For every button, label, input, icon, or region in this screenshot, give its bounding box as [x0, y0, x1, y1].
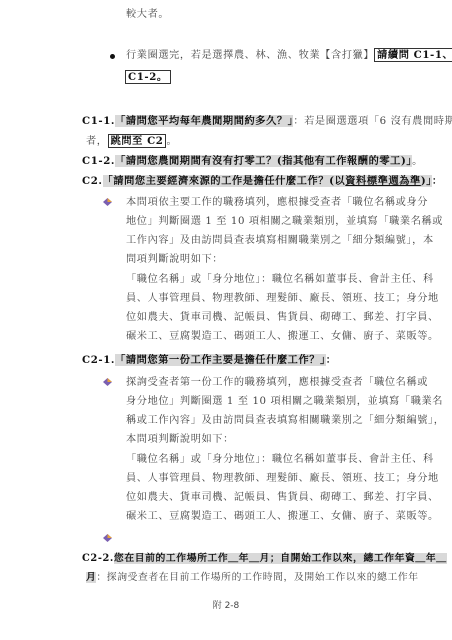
question-text: 「請問您農閒期間有沒有打零工？(指其他有工作報酬的零工)」	[115, 155, 412, 167]
diamond-bullet-icon	[103, 198, 112, 206]
c2-1-note-line: 身分地位」判斷圈選 1 至 10 項相關之職業類別，並填寫「職業名	[126, 395, 443, 409]
question-label: C2.	[82, 175, 103, 187]
text: 。	[166, 136, 177, 147]
c2-explain-line: 碾米工、豆腐製造工、碼頭工人、搬運工、女傭、廚子、菜販等。	[126, 330, 439, 344]
question-c2-2-line2: 月：探詢受查者在目前工作場所的工作時間，及開始工作以來的總工作年	[86, 571, 419, 585]
question-text-end: 月	[86, 572, 96, 583]
text: 者，	[86, 136, 108, 147]
question-text: 「請問您第一份工作主要是擔任什麼工作？」	[115, 354, 326, 366]
c2-1-note-line: 探詢受查者第一份工作的職務填列，應根據受查者「職位名稱或	[126, 376, 428, 390]
question-label: C1-2.	[82, 155, 115, 167]
c2-1-note-line: 本問項判斷說明如下：	[126, 433, 234, 447]
question-label: C2-2.	[82, 553, 114, 564]
question-c1-1-line2: 者，跳問至 C2。	[86, 134, 177, 149]
bullet-industry-line2: C1-2。	[125, 70, 171, 85]
bullet-industry-body: 行業圈選完，若是選擇農、林、漁、牧業【含打獵】	[126, 50, 374, 61]
question-text: 「請問您平均每年農閒期間約多久？」	[115, 115, 293, 127]
question-text-end: )」	[421, 175, 432, 187]
question-tail: ：若是圈選選項「6 沒有農閒時期」	[293, 116, 452, 127]
c2-note-line: 工作內容」及由訪問員查表填寫相關職業別之「細分類編號」，本	[126, 234, 434, 248]
c2-1-explain-line: 碾米工、豆腐製造工、碼頭工人、搬運工、女傭、廚子、菜販等。	[126, 510, 439, 524]
question-c2: C2.「請問您主要經濟來源的工作是擔任什麼工作？(以資料標準週為準)」：	[82, 174, 443, 189]
question-underlined: 資料標準週為準	[345, 175, 421, 187]
question-text: 您在目前的工作場所工作＿年＿月；自開始工作以來，總工作年資＿年＿	[114, 553, 447, 564]
question-tail: ：探詢受查者在目前工作場所的工作時間，及開始工作以來的總工作年	[96, 572, 418, 583]
c2-note-line: 本問項依主要工作的職務填列，應根據受查者「職位名稱或身分	[126, 196, 428, 210]
c2-note-line: 地位」判斷圈選 1 至 10 項相關之職業類別，並填寫「職業名稱或	[126, 215, 443, 229]
boxed-skip-c2: 跳問至 C2	[108, 134, 167, 148]
continued-text: 較大者。	[126, 8, 169, 22]
question-c2-1: C2-1.「請問您第一份工作主要是擔任什麼工作？」：	[82, 353, 337, 368]
page-number: 附 2-8	[0, 598, 452, 611]
c2-note-line: 問項判斷說明如下：	[126, 253, 223, 267]
bullet-dot-icon	[110, 54, 115, 59]
c2-explain-line: 員、人事管理員、物理教師、理髮師、廠長、領班、技工；身分地	[126, 292, 439, 306]
c2-1-explain-line: 「職位名稱」或「身分地位」：職位名稱如董事長、會計主任、科	[126, 453, 434, 467]
question-label: C2-1.	[82, 354, 115, 366]
question-c2-2: C2-2.您在目前的工作場所工作＿年＿月；自開始工作以來，總工作年資＿年＿	[82, 552, 447, 566]
c2-explain-line: 「職位名稱」或「身分地位」：職位名稱如董事長、會計主任、科	[126, 273, 434, 287]
boxed-continue-c1-1: 請續問 C1-1、	[374, 48, 452, 62]
diamond-bullet-icon	[103, 378, 112, 386]
question-c1-1: C1-1.「請問您平均每年農閒期間約多久？」：若是圈選選項「6 沒有農閒時期」	[82, 114, 452, 129]
question-text: 「請問您主要經濟來源的工作是擔任什麼工作？(以	[103, 175, 346, 187]
diamond-bullet-icon	[103, 534, 112, 542]
question-tail: 。	[412, 156, 423, 167]
question-label: C1-1.	[82, 115, 115, 127]
document-page: 較大者。 行業圈選完，若是選擇農、林、漁、牧業【含打獵】請續問 C1-1、 C1…	[0, 0, 452, 640]
bullet-industry-text: 行業圈選完，若是選擇農、林、漁、牧業【含打獵】請續問 C1-1、	[126, 48, 452, 63]
question-tail: ：	[326, 354, 337, 366]
question-c1-2: C1-2.「請問您農閒期間有沒有打零工？(指其他有工作報酬的零工)」。	[82, 154, 423, 169]
c2-1-explain-line: 位如農夫、貨車司機、記帳員、售貨員、砌磚工、郵差、打字員、	[126, 491, 439, 505]
c2-1-note-line: 稱或工作內容」及由訪問員查表填寫相關職業別之「細分類編號」，	[126, 414, 445, 428]
boxed-continue-c1-2: C1-2。	[125, 70, 171, 84]
c2-1-explain-line: 員、人事管理員、物理教師、理髮師、廠長、領班、技工；身分地	[126, 472, 439, 486]
question-tail: ：	[432, 175, 443, 187]
c2-explain-line: 位如農夫、貨車司機、記帳員、售貨員、砌磚工、郵差、打字員、	[126, 311, 439, 325]
